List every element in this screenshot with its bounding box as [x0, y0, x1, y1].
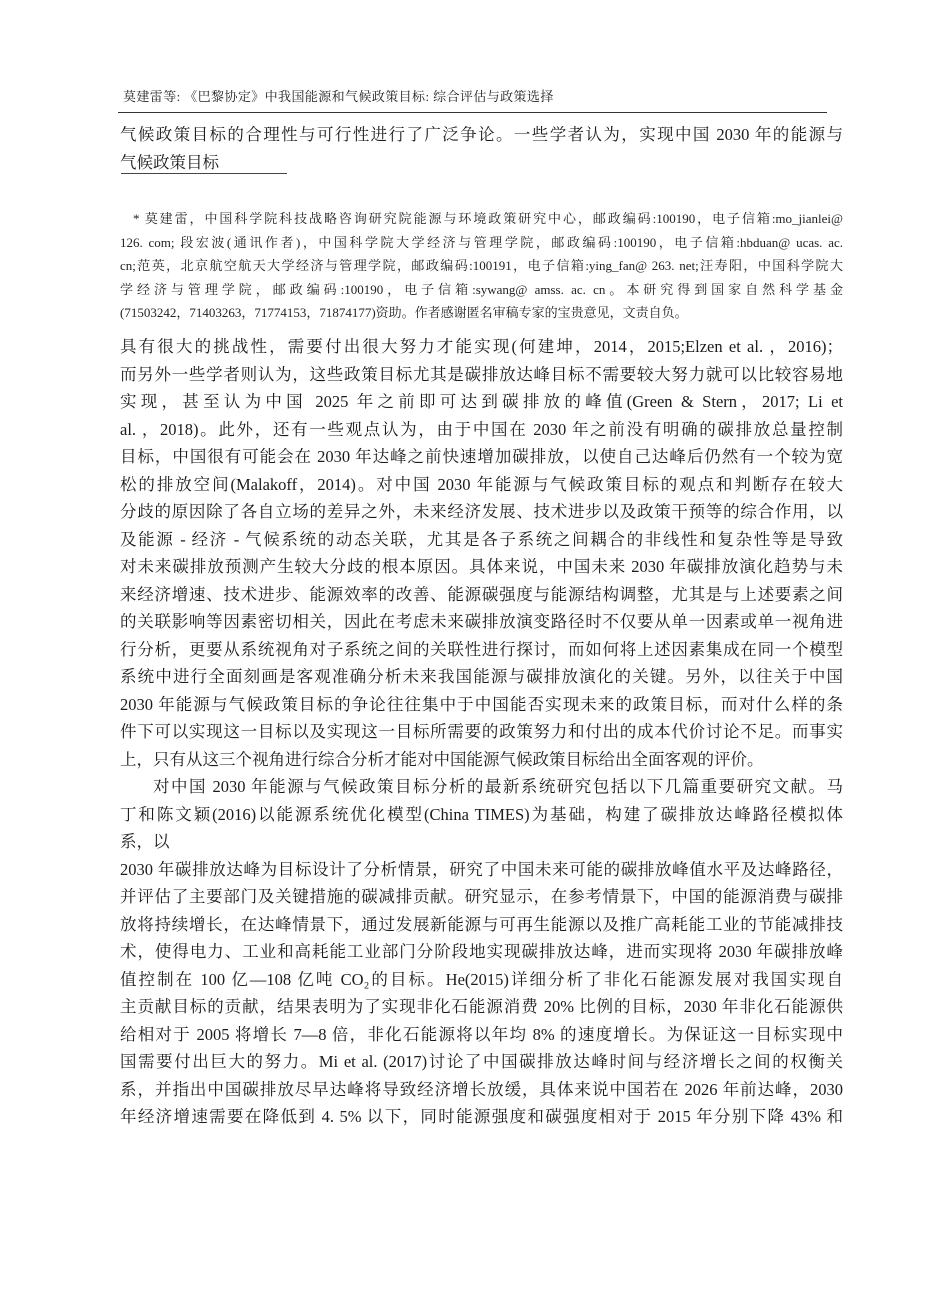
- body-paragraph-2: 对中国 2030 年能源与气候政策目标分析的最新系统研究包括以下几篇重要研究文献…: [120, 773, 843, 1131]
- paragraph-line: 国需要付出巨大的努力。Mi et al. (2017)讨论了中国碳排放达峰时间与…: [120, 1048, 843, 1076]
- header-rule: [118, 112, 827, 113]
- paragraph-line: 并评估了主要部门及关键措施的碳减排贡献。研究显示，在参考情景下，中国的能源消费与…: [120, 883, 843, 911]
- paragraph-line: 行分析，更要从系统视角对子系统之间的关联性进行探讨，而如何将上述因素集成在同一个…: [120, 636, 843, 664]
- paragraph-line: 系，以: [120, 828, 843, 856]
- paragraph-line: 具有很大的挑战性，需要付出很大努力才能实现(何建坤，2014，2015;Elze…: [120, 333, 843, 361]
- paragraph-line: 主贡献目标的贡献，结果表明为了实现非化石能源消费 20% 比例的目标，2030 …: [120, 993, 843, 1021]
- paragraph-line: 系，并指出中国碳排放尽早达峰将导致经济增长放缓，具体来说中国若在 2026 年前…: [120, 1076, 843, 1104]
- paragraph-line: 而另外一些学者则认为，这些政策目标尤其是碳排放达峰目标不需要较大努力就可以比较容…: [120, 361, 843, 389]
- intro-line: 气候政策目标: [120, 149, 843, 177]
- paragraph-line: 对中国 2030 年能源与气候政策目标分析的最新系统研究包括以下几篇重要研究文献…: [120, 773, 843, 801]
- paragraph-line: 上，只有从这三个视角进行综合分析才能对中国能源气候政策目标给出全面客观的评价。: [120, 746, 843, 774]
- paragraph-line: 术，使得电力、工业和高耗能工业部门分阶段地实现碳排放达峰，进而实现将 2030 …: [120, 938, 843, 966]
- paragraph-line: 来经济增速、技术进步、能源效率的改善、能源碳强度与能源结构调整，尤其是与上述要素…: [120, 581, 843, 609]
- paragraph-line: 及能源 - 经济 - 气候系统的动态关联，尤其是各子系统之间耦合的非线性和复杂性…: [120, 526, 843, 554]
- footnote-line: (71503242，71403263，71774153，71874177)资助。…: [120, 301, 843, 325]
- footnote: * 莫建雷，中国科学院科技战略咨询研究院能源与环境政策研究中心，邮政编码:100…: [120, 207, 843, 325]
- paragraph-line: 值控制在 100 亿—108 亿吨 CO₂的目标。He(2015)详细分析了非化…: [120, 966, 843, 994]
- footnote-line: 学经济与管理学院，邮政编码:100190，电子信箱:sywang@ amss. …: [120, 278, 843, 302]
- paragraph-line: 丁和陈文颖(2016)以能源系统优化模型(China TIMES)为基础，构建了…: [120, 801, 843, 829]
- paragraph-line: 的关联影响等因素密切相关，因此在考虑未来碳排放演变路径时不仅要从单一因素或单一视…: [120, 608, 843, 636]
- paragraph-line: 目标，中国很有可能会在 2030 年达峰之前快速增加碳排放，以使自己达峰后仍然有…: [120, 443, 843, 471]
- paragraph-line: 2030 年碳排放达峰为目标设计了分析情景，研究了中国未来可能的碳排放峰值水平及…: [120, 856, 843, 884]
- paragraph-line: 系统中进行全面刻画是客观准确分析未来我国能源与碳排放演化的关键。另外，以往关于中…: [120, 663, 843, 691]
- intro-line: 气候政策目标的合理性与可行性进行了广泛争论。一些学者认为，实现中国 2030 年…: [120, 121, 843, 149]
- paragraph-line: 实现，甚至认为中国 2025 年之前即可达到碳排放的峰值(Green & Ste…: [120, 388, 843, 416]
- paragraph-line: al. ，2018)。此外，还有一些观点认为，由于中国在 2030 年之前没有明…: [120, 416, 843, 444]
- paragraph-line: 2030 年能源与气候政策目标的争论往往集中于中国能否实现未来的政策目标，而对什…: [120, 691, 843, 719]
- intro-paragraph: 气候政策目标的合理性与可行性进行了广泛争论。一些学者认为，实现中国 2030 年…: [120, 121, 843, 176]
- footnote-line: 126. com; 段宏波(通讯作者)，中国科学院大学经济与管理学院，邮政编码:…: [120, 231, 843, 255]
- paragraph-line: 分歧的原因除了各自立场的差异之外，未来经济发展、技术进步以及政策干预等的综合作用…: [120, 498, 843, 526]
- paragraph-line: 件下可以实现这一目标以及实现这一目标所需要的政策努力和付出的成本代价讨论不足。而…: [120, 718, 843, 746]
- document-page: 莫建雷等: 《巴黎协定》中我国能源和气候政策目标: 综合评估与政策选择 气候政策…: [0, 0, 950, 1290]
- paragraph-line: 对未来碳排放预测产生较大分歧的根本原因。具体来说，中国未来 2030 年碳排放演…: [120, 553, 843, 581]
- paragraph-line: 松的排放空间(Malakoff，2014)。对中国 2030 年能源与气候政策目…: [120, 471, 843, 499]
- footnote-line: * 莫建雷，中国科学院科技战略咨询研究院能源与环境政策研究中心，邮政编码:100…: [120, 207, 843, 231]
- footnote-line: cn;范英，北京航空航天大学经济与管理学院，邮政编码:100191，电子信箱:y…: [120, 254, 843, 278]
- running-header: 莫建雷等: 《巴黎协定》中我国能源和气候政策目标: 综合评估与政策选择: [123, 88, 833, 105]
- paragraph-line: 给相对于 2005 将增长 7—8 倍，非化石能源将以年均 8% 的速度增长。为…: [120, 1021, 843, 1049]
- paragraph-line: 年经济增速需要在降低到 4. 5% 以下，同时能源强度和碳强度相对于 2015 …: [120, 1103, 843, 1131]
- paragraph-line: 放将持续增长，在达峰情景下，通过发展新能源与可再生能源以及推广高耗能工业的节能减…: [120, 911, 843, 939]
- body-paragraph-1: 具有很大的挑战性，需要付出很大努力才能实现(何建坤，2014，2015;Elze…: [120, 333, 843, 773]
- footnote-separator-rule: [121, 173, 287, 174]
